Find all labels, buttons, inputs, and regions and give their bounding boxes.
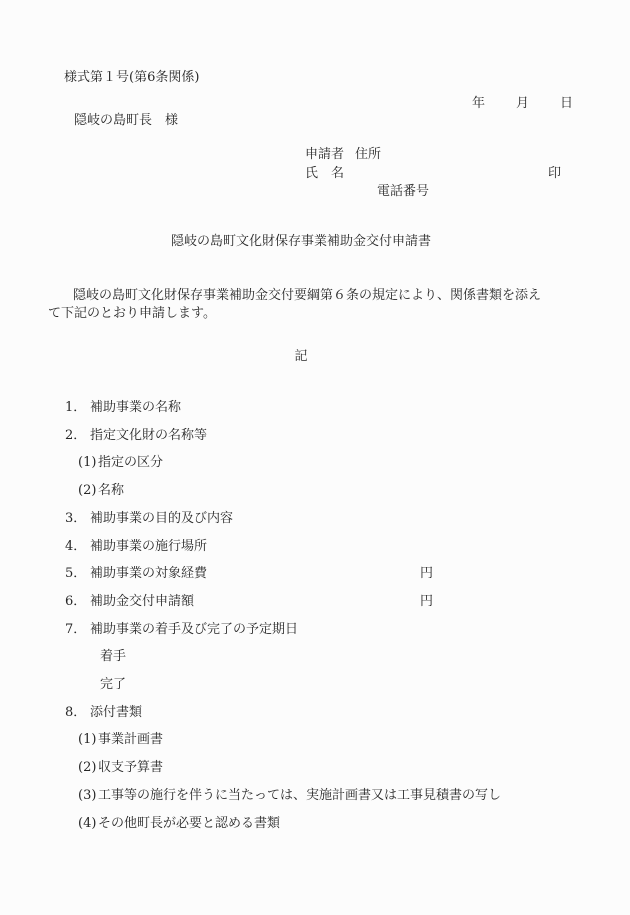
document-title: 隠岐の島町文化財保存事業補助金交付申請書 [0, 234, 602, 249]
list-item: 8．添付書類 [65, 705, 142, 720]
applicant-label: 申請者 [305, 147, 344, 162]
list-item-text: その他町長が必要と認める書類 [98, 816, 280, 831]
list-item-marker: 2． [65, 428, 90, 443]
list-item-marker: (1) [78, 732, 98, 747]
form-number: 様式第１号(第6条関係) [64, 70, 199, 85]
list-item-marker: (2) [78, 483, 98, 498]
list-item: (1)指定の区分 [78, 455, 163, 470]
addressee: 隠岐の島町長 様 [74, 113, 178, 128]
list-item: 6．補助金交付申請額 円 [65, 594, 194, 609]
list-item-marker: 4． [65, 539, 90, 554]
list-item-marker: 1． [65, 400, 90, 415]
list-item: 3．補助事業の目的及び内容 [65, 511, 233, 526]
list-item: 完了 [100, 677, 126, 692]
list-item-marker: 3． [65, 511, 90, 526]
list-item-text: 事業計画書 [98, 732, 163, 747]
document-page: 様式第１号(第6条関係) 年 月 日 隠岐の島町長 様 申請者 住所 氏 名 印… [0, 0, 630, 915]
list-item: 7．補助事業の着手及び完了の予定期日 [65, 622, 298, 637]
list-item: 1．補助事業の名称 [65, 400, 181, 415]
year-label: 年 [472, 96, 485, 111]
list-item-marker: (3) [78, 788, 98, 803]
body-paragraph: 隠岐の島町文化財保存事業補助金交付要綱第６条の規定により、関係書類を添えて下記の… [48, 287, 543, 323]
list-item-text: 着手 [100, 649, 126, 664]
list-item: (3)工事等の施行を伴うに当たっては、実施計画書又は工事見積書の写し [78, 788, 501, 803]
list-item-text: 補助事業の目的及び内容 [90, 511, 233, 526]
yen-suffix: 円 [420, 594, 433, 609]
list-item-text: 工事等の施行を伴うに当たっては、実施計画書又は工事見積書の写し [98, 788, 501, 803]
day-label: 日 [560, 96, 573, 111]
list-item-marker: (1) [78, 455, 98, 470]
list-item: (1)事業計画書 [78, 732, 163, 747]
list-item: 着手 [100, 649, 126, 664]
phone-label: 電話番号 [377, 184, 429, 199]
list-item-marker: 8． [65, 705, 90, 720]
seal-label: 印 [548, 166, 561, 181]
applicant-line: 申請者 住所 [305, 147, 381, 162]
list-item: 4．補助事業の施行場所 [65, 539, 207, 554]
list-item-marker: 7． [65, 622, 90, 637]
list-item-marker: (2) [78, 760, 98, 775]
name-label: 氏 名 [305, 166, 344, 181]
list-item: 2．指定文化財の名称等 [65, 428, 207, 443]
month-label: 月 [516, 96, 529, 111]
date-line: 年 月 日 [472, 96, 573, 111]
list-item-text: 完了 [100, 677, 126, 692]
list-item-text: 添付書類 [90, 705, 142, 720]
list-item-text: 名称 [98, 483, 124, 498]
list-item-text: 補助金交付申請額 [90, 594, 194, 609]
list-item-marker: (4) [78, 816, 98, 831]
list-item-marker: 6． [65, 594, 90, 609]
address-label: 住所 [355, 147, 381, 162]
record-heading: 記 [0, 349, 602, 364]
list-item: 5．補助事業の対象経費 円 [65, 566, 207, 581]
list-item-text: 補助事業の対象経費 [90, 566, 207, 581]
list-item-marker: 5． [65, 566, 90, 581]
list-item-text: 指定の区分 [98, 455, 163, 470]
list-item: (4)その他町長が必要と認める書類 [78, 816, 280, 831]
list-item-text: 補助事業の名称 [90, 400, 181, 415]
list-item: (2)名称 [78, 483, 124, 498]
yen-suffix: 円 [420, 566, 433, 581]
list-item: (2)収支予算書 [78, 760, 163, 775]
list-item-text: 収支予算書 [98, 760, 163, 775]
list-item-text: 指定文化財の名称等 [90, 428, 207, 443]
list-item-text: 補助事業の施行場所 [90, 539, 207, 554]
list-item-text: 補助事業の着手及び完了の予定期日 [90, 622, 298, 637]
